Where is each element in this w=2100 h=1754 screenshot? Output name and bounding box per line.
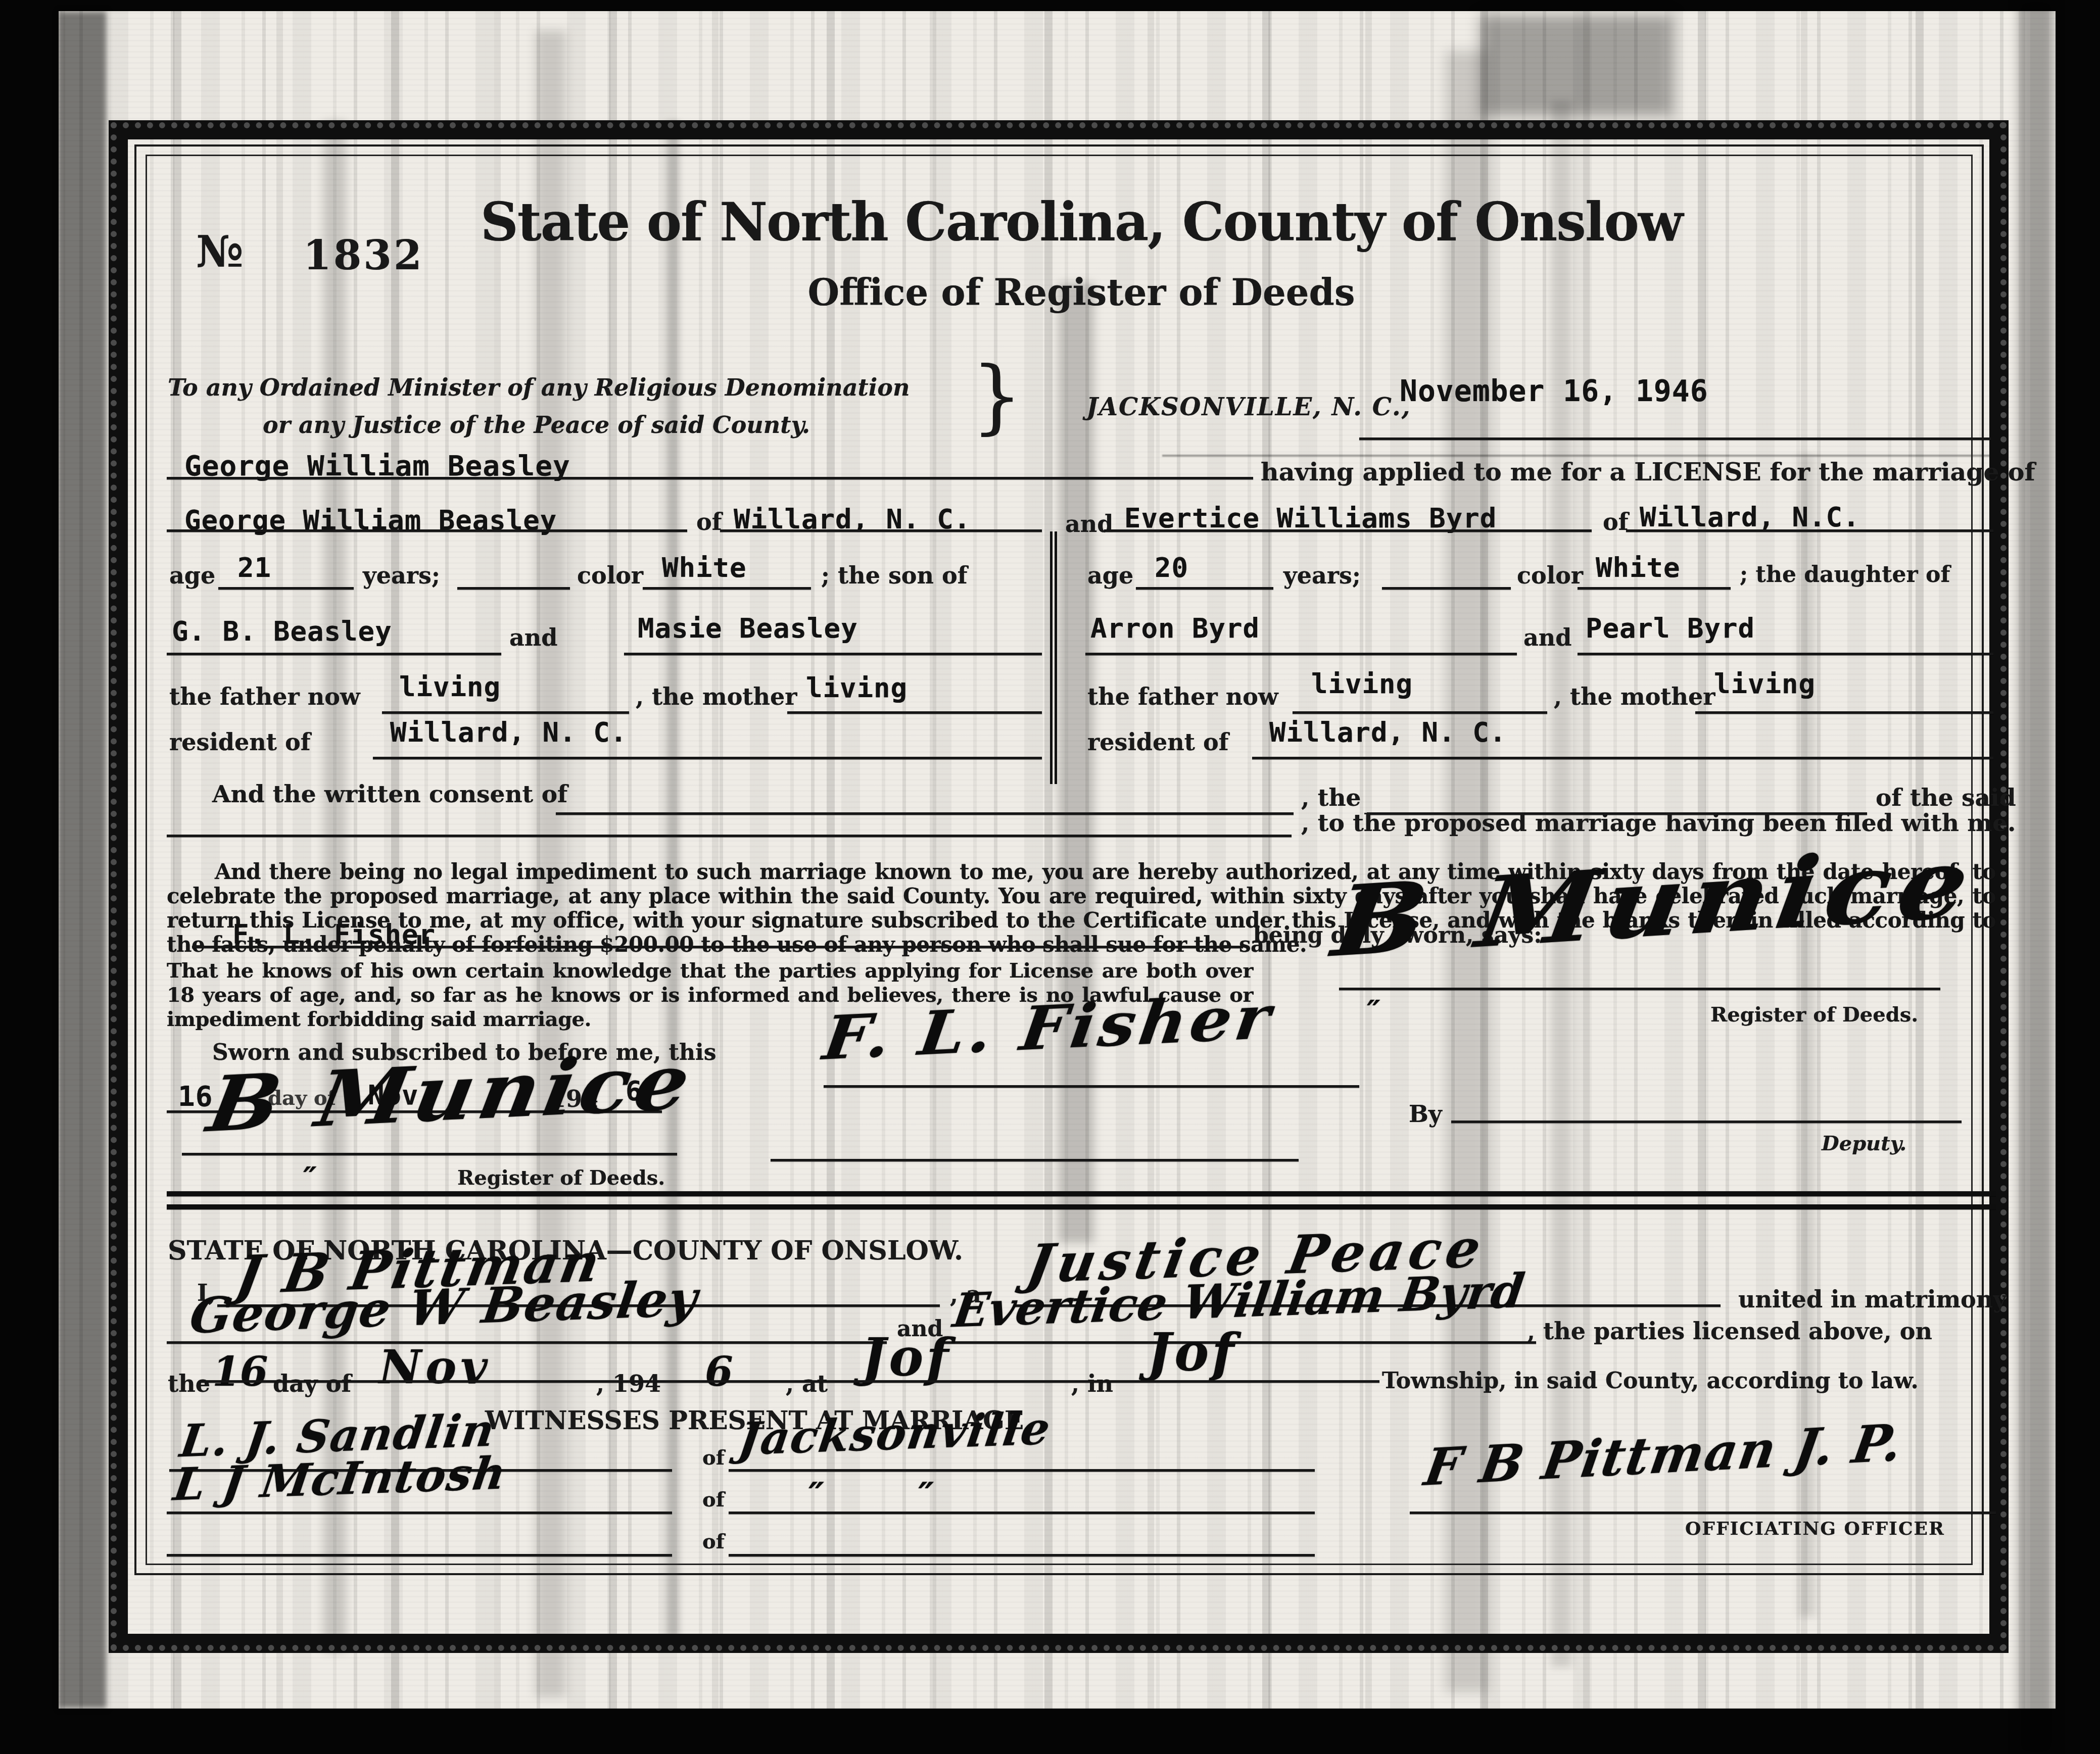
day-of-label: day of [273,1370,351,1397]
bride-father-status: living [1311,668,1413,700]
blank-line [624,653,1042,655]
blank-line [1578,653,1993,655]
bride-color: White [1596,552,1681,583]
of-label: of [702,1446,725,1470]
blank-line [1085,653,1517,655]
blank-line [1136,587,1273,590]
witness-residence: Jacksonville [735,1401,1054,1465]
blank-line [729,1554,1315,1556]
register-of-deeds-label: Register of Deeds. [1710,1003,1918,1027]
groom-mother: Masie Beasley [638,612,858,644]
register-of-deeds-label: Register of Deeds. [457,1166,665,1190]
age-label: age [1087,562,1133,589]
marriage-year-printed: , 194 [596,1370,661,1397]
marriage-year-digit: 6 [705,1348,733,1395]
blank-line [1252,757,1993,759]
groom-color: White [662,552,747,583]
blank-line [729,1469,1315,1472]
resident-label: resident of [1087,728,1228,756]
parties-label: , the parties licensed above, on [1527,1318,1932,1345]
groom-father-status: living [399,671,501,703]
signature-line [182,1153,677,1155]
scanned-marriage-license: № 1832 State of North Carolina, County o… [0,0,2100,1754]
resident-label: resident of [169,728,310,756]
consent-of-said: of the said [1876,784,2016,812]
by-label: By [1409,1100,1442,1128]
document-title: State of North Carolina, County of Onslo… [167,191,1996,253]
son-of-label: ; the son of [821,562,967,589]
signature-line [1339,988,1940,990]
bride-mother-status: living [1714,668,1816,700]
father-now-label: the father now [169,683,360,710]
blank-line [1359,437,1991,440]
of-label: of [1603,508,1628,535]
marriage-day: 16 [212,1348,267,1395]
salutation-line2: or any Justice of the Peace of said Coun… [263,411,810,438]
groom-resident: Willard, N. C. [390,716,627,748]
blank-line [382,711,629,714]
document-subtitle: Office of Register of Deeds [167,271,1996,314]
bride-age: 20 [1155,552,1188,583]
consent-the: , the [1301,784,1361,812]
bride-resident: Willard, N. C. [1269,716,1506,748]
section-divider [167,1191,1996,1196]
blank-line [167,477,1253,479]
blank-line [1451,1120,1962,1123]
at-label: , at [786,1370,828,1397]
color-label: color [577,562,643,589]
blank-line [167,1341,887,1344]
blank-line [1382,587,1511,590]
marriage-township: Jof [1147,1323,1237,1383]
color-label: color [1517,562,1583,589]
deputy-label: Deputy. [1822,1132,1906,1155]
blank-line [643,587,811,590]
and-label: and [1065,510,1113,538]
dateline-date: November 16, 1946 [1400,374,1708,408]
blank-line [167,653,501,655]
years-label: years; [1283,562,1361,589]
signature-line [1410,1512,1996,1514]
blank-line [1293,711,1547,714]
marriage-month: Nov [379,1340,492,1394]
blank-line [787,711,1042,714]
blank-line [457,587,570,590]
blank-line [167,529,687,532]
brace-glyph: } [971,349,1023,443]
and-label: and [1523,624,1571,651]
blank-line [218,587,354,590]
of-label: of [696,508,722,535]
years-label: years; [363,562,440,589]
officiating-officer-label: OFFICIATING OFFICER [1685,1518,1945,1539]
township-label: Township, in said County, according to l… [1382,1368,1919,1394]
blank-line [729,1512,1315,1514]
applied-text: having applied to me for a LICENSE for t… [1261,457,2035,486]
blank-line [192,946,1243,948]
groom-mother-status: living [806,672,908,704]
salutation-line1: To any Ordained Minister of any Religiou… [168,374,910,401]
witness-residence-ditto: ″ ″ [808,1474,934,1516]
father-now-label: the father now [1087,683,1278,710]
united-label: united in matrimony [1738,1286,2007,1313]
blank-line [1578,587,1731,590]
of-label: of [702,1488,725,1512]
bride-father: Arron Byrd [1090,612,1260,644]
ditto-mark: ″ [1367,994,1380,1030]
mother-label: , the mother [636,683,797,710]
blank-line [200,1380,1379,1383]
blank-line [720,529,1042,532]
signature-line [824,1085,1359,1088]
blank-line [1695,711,1993,714]
daughter-of-label: ; the daughter of [1740,562,1950,588]
the-label: the [168,1370,210,1397]
mother-label: , the mother [1554,683,1715,710]
age-label: age [169,562,215,589]
blank-line [1104,529,1592,532]
groom-age: 21 [237,552,271,583]
blank-line [167,1512,672,1514]
marriage-place: Jof [862,1328,951,1388]
groom-father: G. B. Beasley [172,615,392,647]
blank-line [771,1159,1299,1161]
bride-mother: Pearl Byrd [1586,612,1755,644]
of-label: of [702,1530,725,1553]
bride-residence: Willard, N.C. [1640,501,1860,533]
dateline-place: JACKSONVILLE, N. C., [1086,393,1411,421]
blank-line [373,757,1042,759]
blank-line [167,1554,672,1556]
column-divider [1050,531,1057,784]
in-label: , in [1071,1370,1113,1397]
consent-prefix: And the written consent of [212,781,567,808]
section-divider [167,1204,1996,1209]
blank-line [556,812,1294,815]
blank-line [1626,529,1993,532]
and-label: and [509,624,557,651]
sworn-day: 16 [178,1080,213,1113]
